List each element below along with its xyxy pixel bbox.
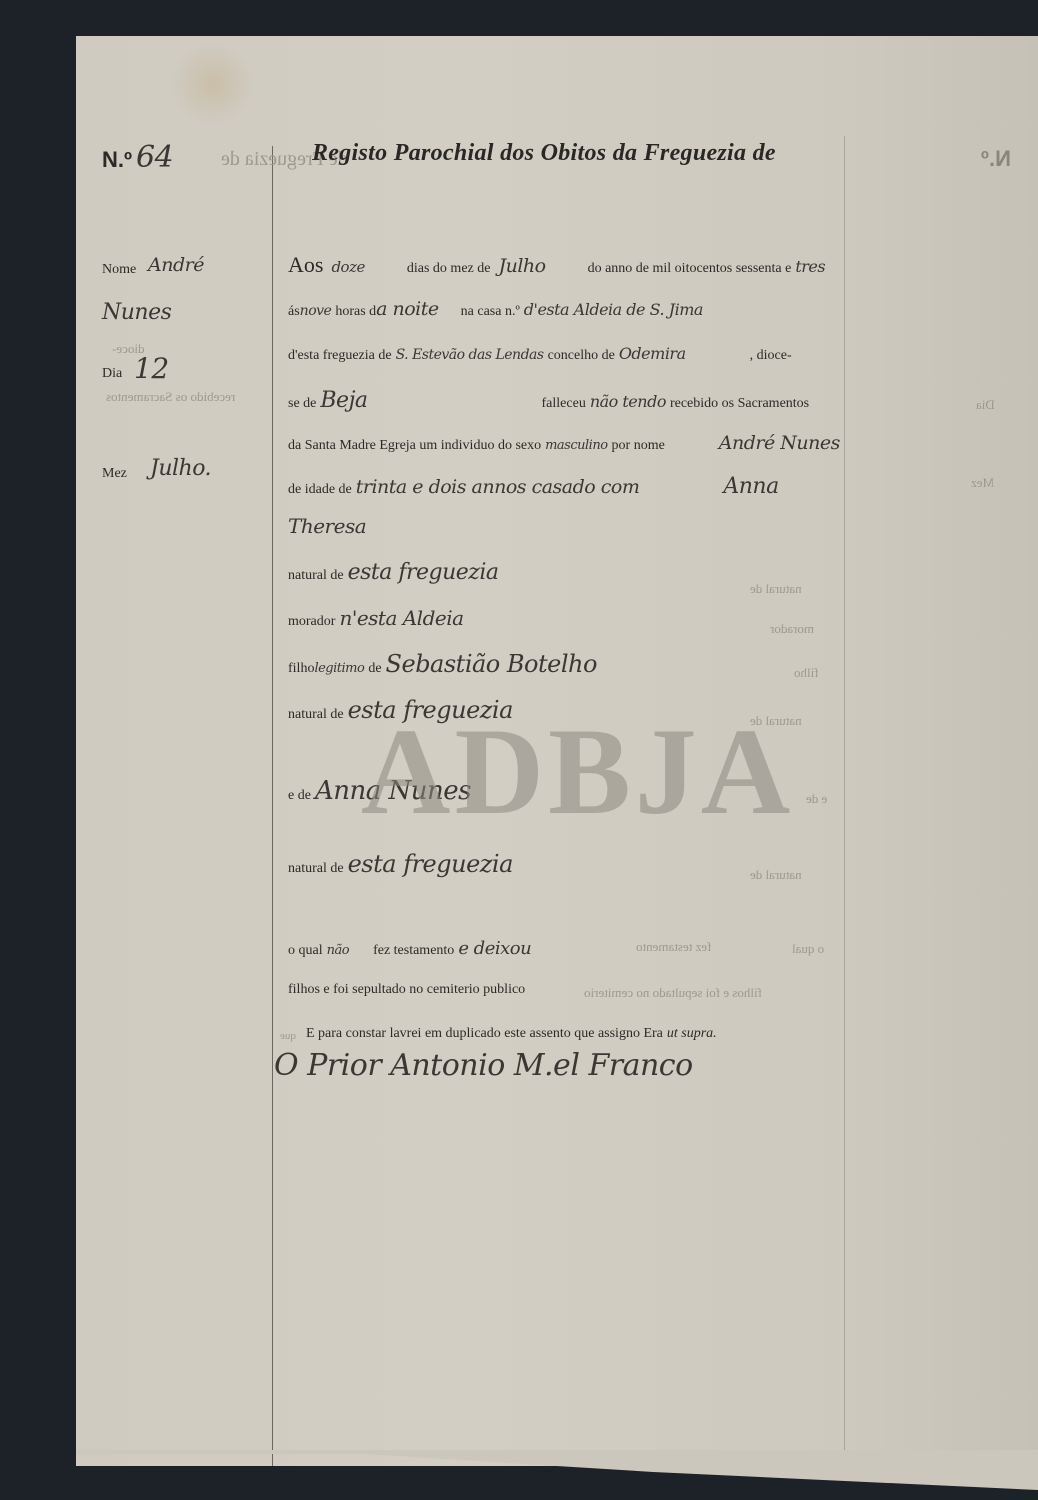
number-value: 64 <box>136 140 173 175</box>
page-title: Registo Parochial dos Obitos da Freguezi… <box>312 140 776 167</box>
line-4: se de Beja falleceu não tendo recebido o… <box>288 388 809 413</box>
column-rule-left <box>272 146 273 1466</box>
filhos-line: filhos e foi sepultado no cemiterio publ… <box>288 982 525 998</box>
line-2: ásnove horas da noite na casa n.º d'esta… <box>288 298 703 320</box>
mirrored-number-label: N.º <box>981 146 1011 172</box>
dia-label: Dia <box>102 366 122 382</box>
bleed-testamento: fez testamento <box>636 938 711 956</box>
entry-number: N.º 64 <box>102 140 173 175</box>
bleed-mez: Mez <box>971 474 994 492</box>
paper-stain <box>168 44 258 124</box>
watermark: ADBJA <box>361 701 794 843</box>
bleed-dia: Dia <box>976 396 995 414</box>
o-qual: o qual não fez testamento e deixou <box>288 938 531 959</box>
natural-1: natural de esta freguezia <box>288 560 499 585</box>
dia-value: 12 <box>134 352 169 385</box>
line-1: Aos doze dias do mez de Julho do anno de… <box>288 252 825 278</box>
bleed-morador: morador <box>770 620 814 638</box>
nome-value-1: André <box>148 254 204 276</box>
number-label: N.º <box>102 147 132 172</box>
bleed-natural-3: natural de <box>750 866 802 884</box>
nome-value-2: Nunes <box>102 300 171 325</box>
signature: O Prior Antonio M.el Franco <box>274 1048 693 1083</box>
mez-value: Julho. <box>150 456 211 481</box>
column-rule-right <box>844 136 845 1466</box>
closing-line: E para constar lavrei em duplicado este … <box>306 1024 717 1042</box>
bleed-natural-1: natural de <box>750 580 802 598</box>
bleed-filho: filho <box>794 664 819 682</box>
morador: morador n'esta Aldeia <box>288 606 464 630</box>
bleed-que: que <box>280 1026 296 1044</box>
line-3: d'esta freguezia de S. Estevão das Lenda… <box>288 344 792 364</box>
filho: filholegitimo de Sebastião Botelho <box>288 650 597 678</box>
nome-label: Nome <box>102 262 136 278</box>
register-page: N.º 64 de Freguezia de Registo Parochial… <box>76 36 1038 1466</box>
mez-label: Mez <box>102 466 127 482</box>
line-6: de idade de trinta e dois annos casado c… <box>288 474 779 499</box>
bleed-o-qual: o qual <box>792 940 824 958</box>
bleed-e-de: e de <box>806 790 827 808</box>
line-5: da Santa Madre Egreja um individuo do se… <box>288 432 840 454</box>
bleed-filhos: filhos e foi sepultado no cemiterio <box>584 984 762 1002</box>
line-7: Theresa <box>288 514 366 538</box>
natural-3: natural de esta freguezia <box>288 850 513 878</box>
bleed-sacramentos: recebido os Sacramentos <box>106 388 235 406</box>
